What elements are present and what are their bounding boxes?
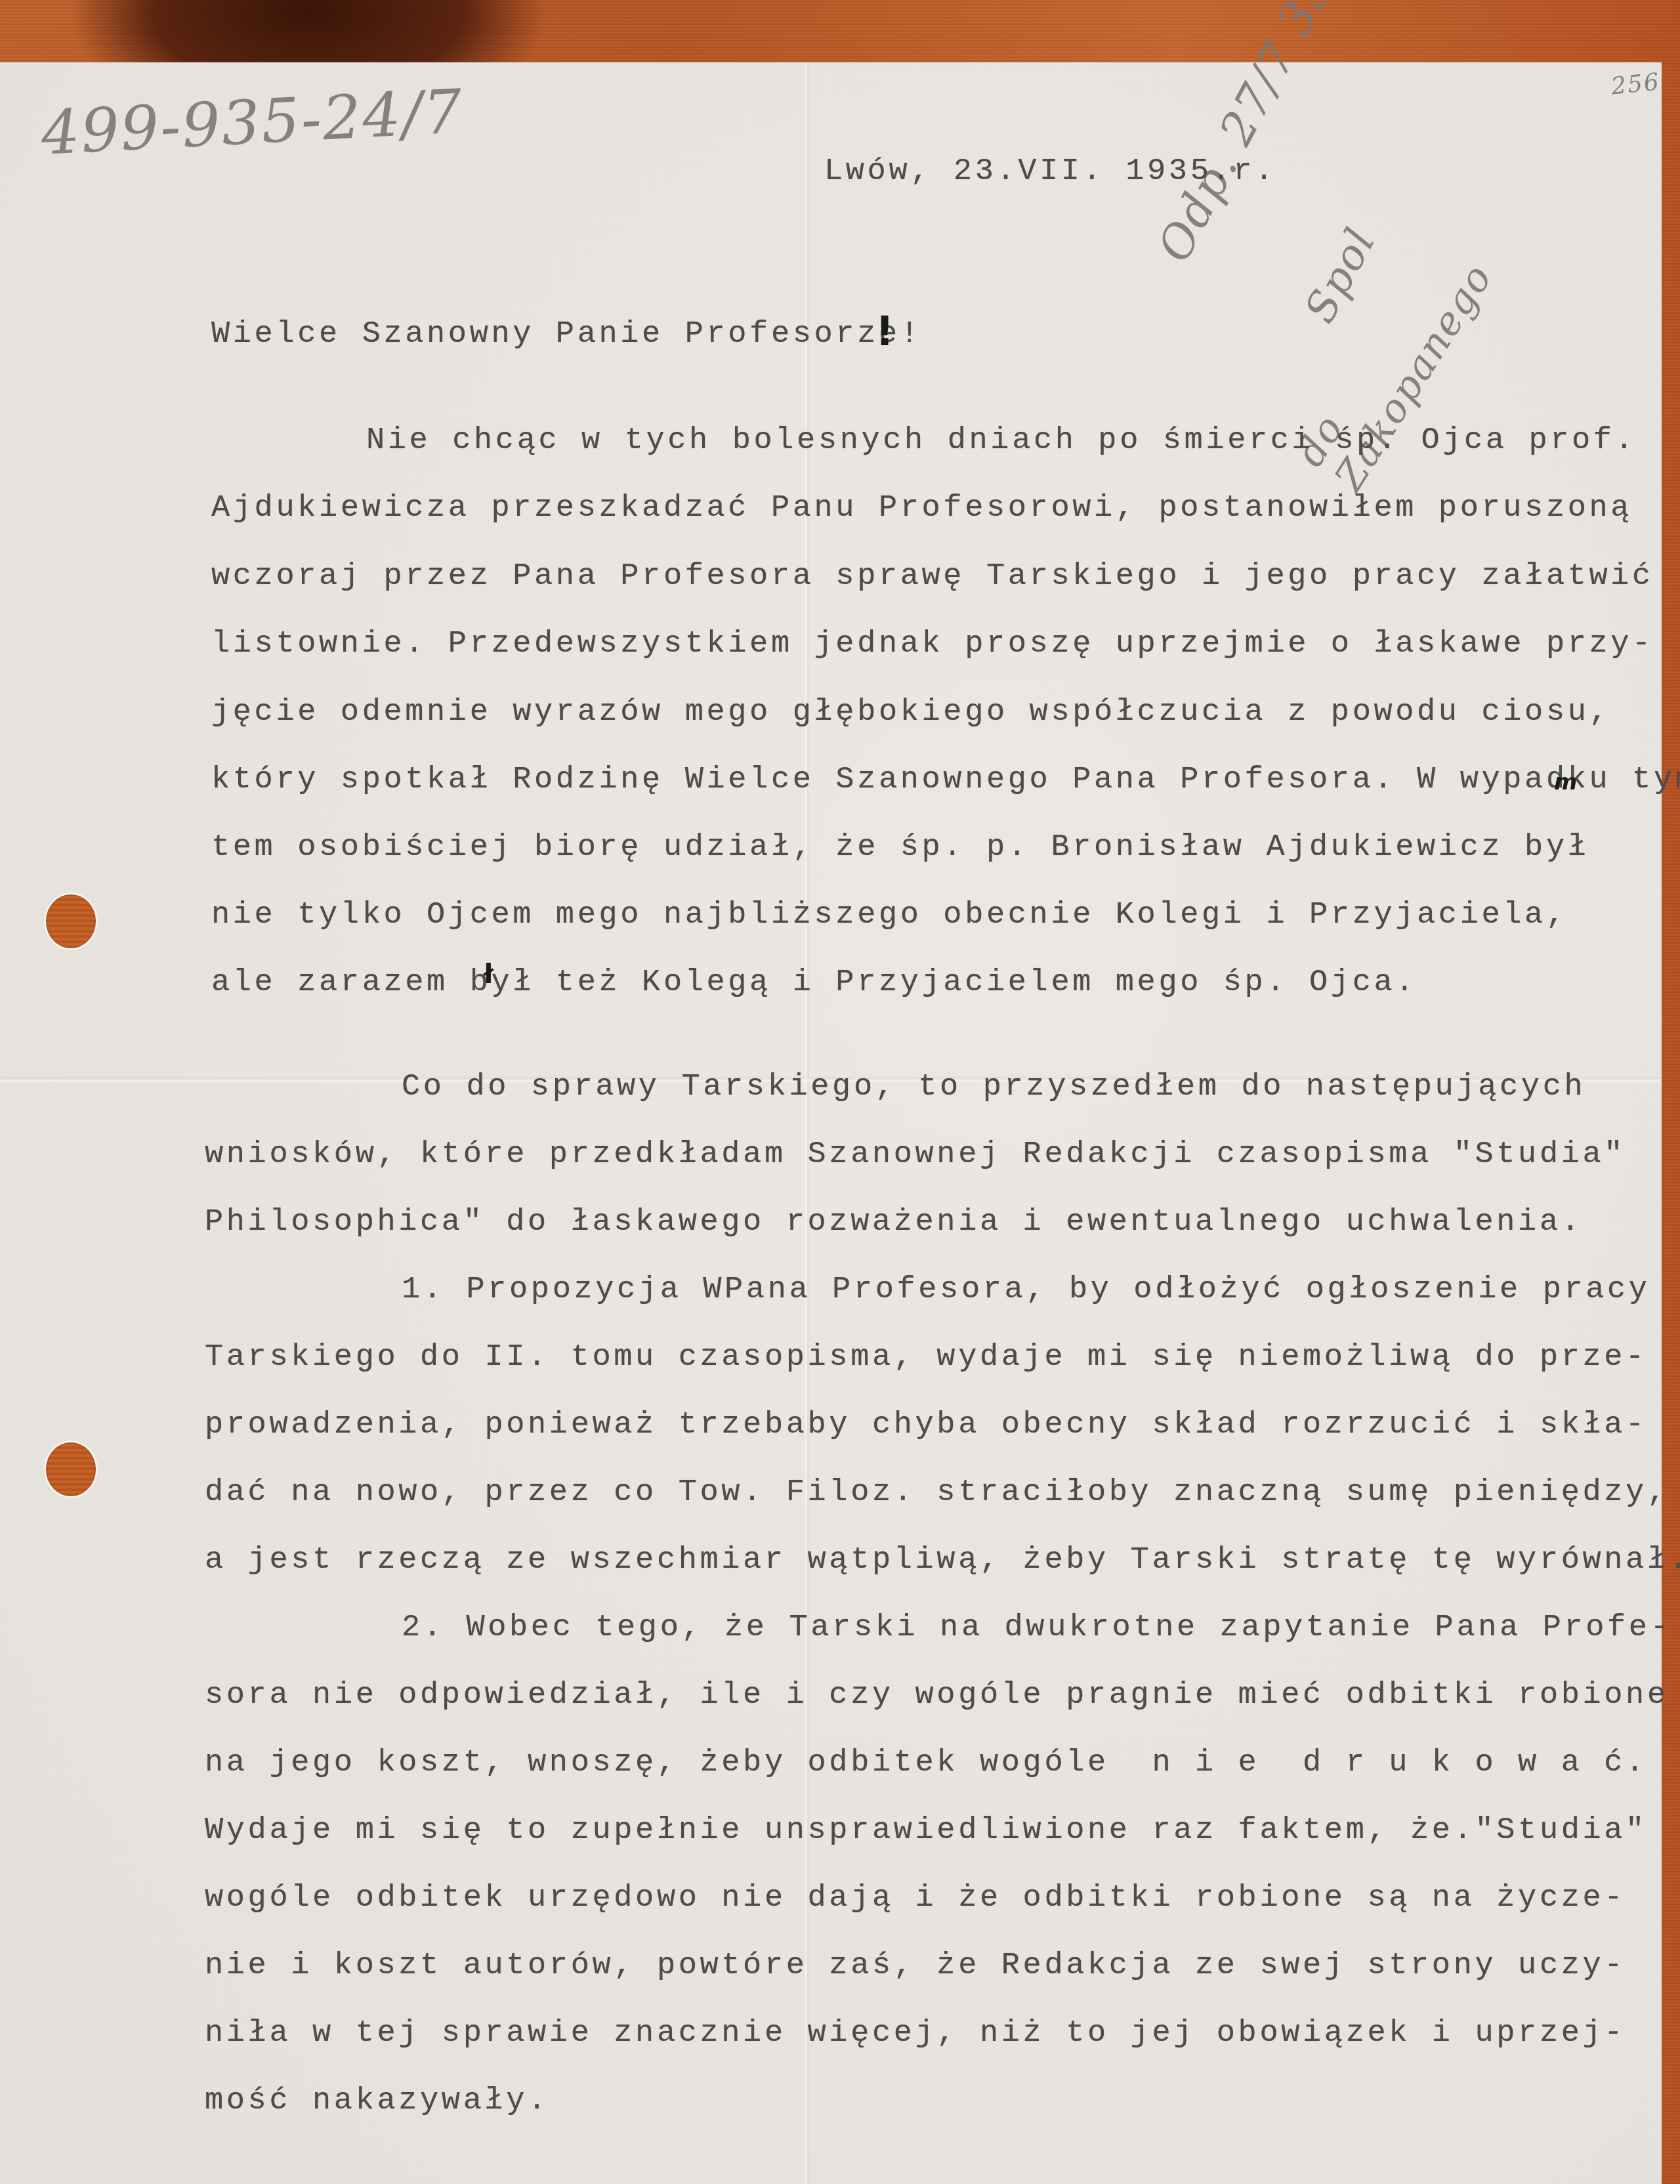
letter-line-9: ale zarazem był też Kolegą i Przyjaciele… (211, 967, 1417, 998)
letter-line-25: mość nakazywały. (205, 2086, 549, 2116)
letter-line-16: dać na nowo, przez co Tow. Filoz. straci… (205, 1477, 1669, 1508)
letter-line-23: nie i koszt autorów, powtóre zaś, że Red… (205, 1950, 1626, 1981)
letter-line-12: Philosophica" do łaskawego rozważenia i … (205, 1207, 1583, 1238)
letter-line-2: Ajdukiewicza przeszkadzać Panu Profesoro… (211, 493, 1632, 524)
letter-line-8: nie tylko Ojcem mego najbliższego obecni… (211, 900, 1568, 931)
letter-line-7: tem osobiściej biorę udział, że śp. p. B… (211, 832, 1589, 863)
ink-correction-tym: m (1554, 769, 1577, 795)
place-date: Lwów, 23.VII. 1935.r. (824, 156, 1276, 187)
letter-line-13: 1. Propozycja WPana Profesora, by odłoży… (402, 1274, 1650, 1305)
ink-exclamation-mark: ! (875, 307, 894, 355)
salutation: Wielce Szanowny Panie Profesorze! (211, 319, 922, 350)
letter-line-1: Nie chcąc w tych bolesnych dniach po śmi… (366, 425, 1636, 456)
letter-line-3: wczoraj przez Pana Profesora sprawę Tars… (211, 561, 1654, 592)
letter-line-14: Tarskiego do II. tomu czasopisma, wydaje… (205, 1342, 1647, 1373)
letter-line-19: sora nie odpowiedział, ile i czy wogóle … (205, 1680, 1669, 1711)
punch-hole-lower (46, 1442, 96, 1496)
letter-line-22: wogóle odbitek urzędowo nie dają i że od… (205, 1883, 1626, 1914)
ink-correction-byl: ł (484, 959, 493, 990)
letter-line-18: 2. Wobec tego, że Tarski na dwukrotne za… (402, 1612, 1671, 1643)
letter-line-10: Co do sprawy Tarskiego, to przyszedłem d… (402, 1072, 1585, 1102)
letter-line-6: który spotkał Rodzinę Wielce Szanownego … (211, 765, 1680, 795)
letter-line-17: a jest rzeczą ze wszechmiar wątpliwą, że… (205, 1545, 1680, 1576)
page-number: 256 (1610, 68, 1662, 100)
letter-line-21: Wydaje mi się to zupełnie unsprawiedliwi… (205, 1815, 1647, 1846)
punch-hole-upper (46, 894, 96, 948)
letter-line-4: listownie. Przedewszystkiem jednak prosz… (211, 629, 1654, 660)
letter-line-5: jęcie odemnie wyrazów mego głębokiego ws… (211, 697, 1610, 728)
letter-line-11: wniosków, które przedkładam Szanownej Re… (205, 1139, 1626, 1170)
letter-line-24: niła w tej sprawie znacznie więcej, niż … (205, 2018, 1626, 2049)
letter-line-20: na jego koszt, wnoszę, żeby odbitek wogó… (205, 1748, 1647, 1778)
letter-line-15: prowadzenia, ponieważ trzebaby chyba obe… (205, 1410, 1647, 1440)
